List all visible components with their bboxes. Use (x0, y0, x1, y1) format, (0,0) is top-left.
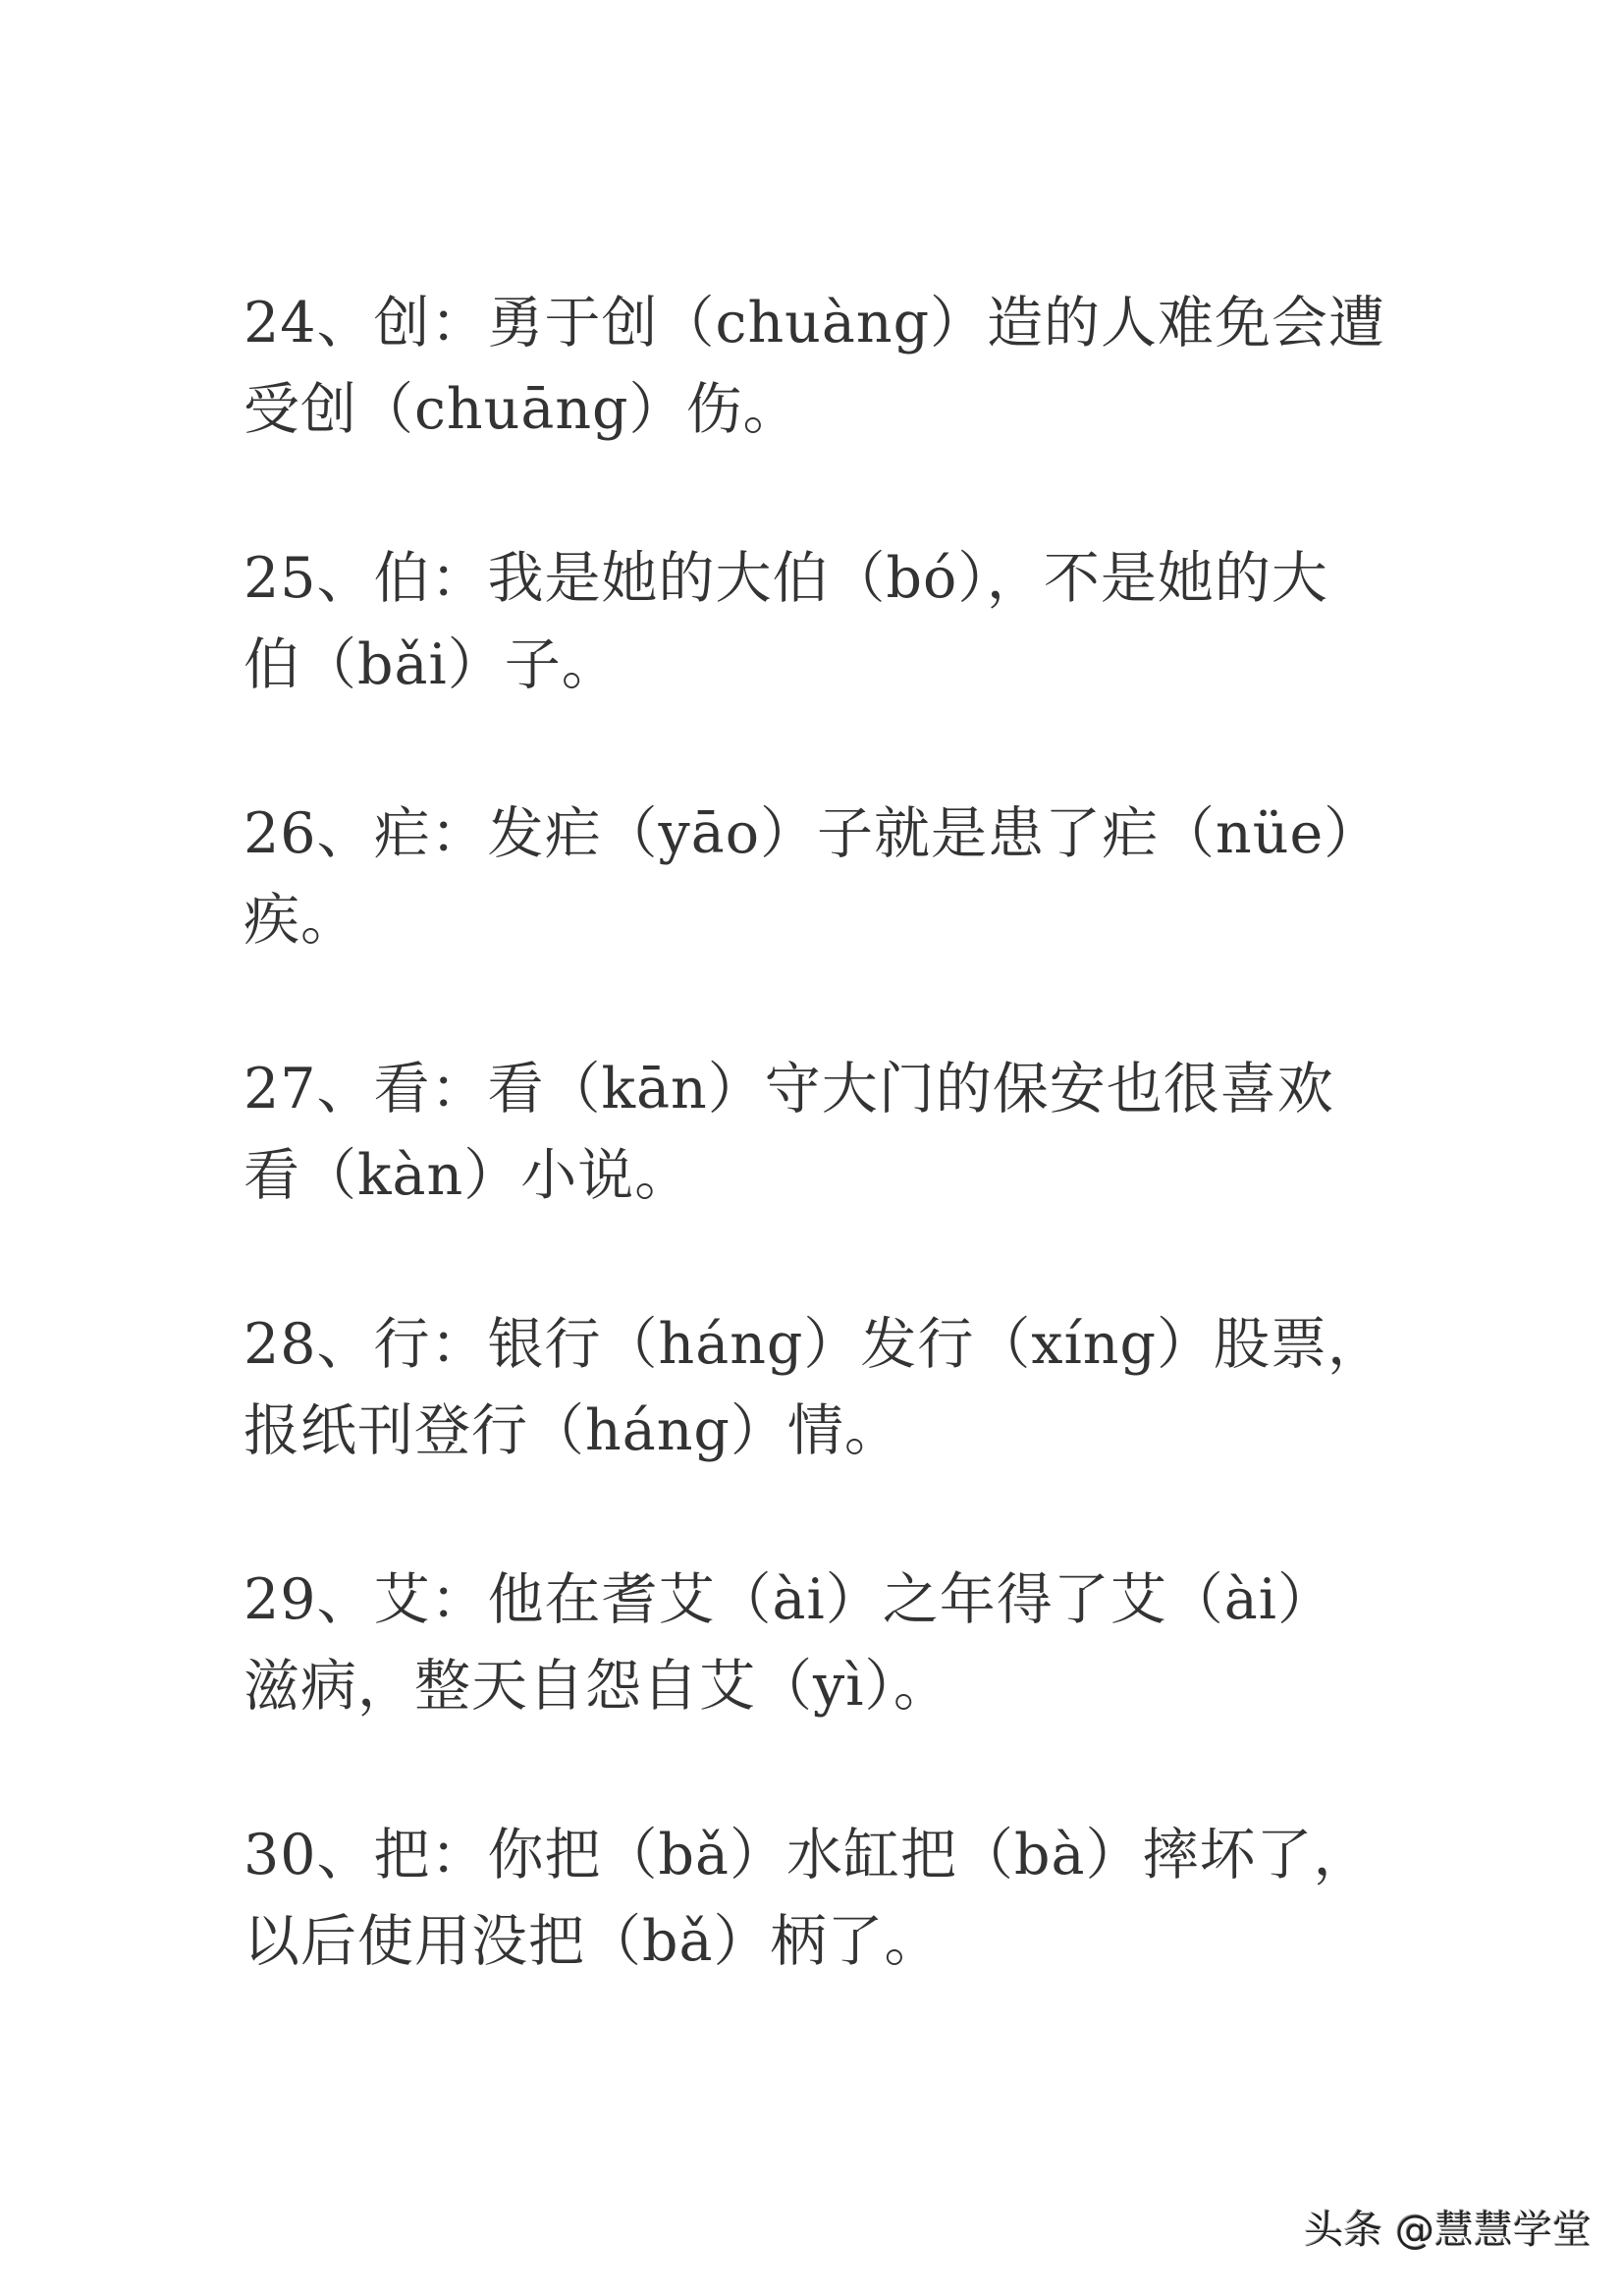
list-item-29: 29、艾：他在耆艾（ài）之年得了艾（ài） 滋病，整天自怨自艾（yì）。 (243, 1557, 1392, 1812)
item-line: 疾。 (243, 877, 1392, 963)
item-line: 28、行：银行（háng）发行（xíng）股票， (243, 1301, 1392, 1388)
list-item-24: 24、创：勇于创（chuàng）造的人难免会遭 受创（chuāng）伤。 (243, 280, 1392, 535)
document-body: 24、创：勇于创（chuàng）造的人难免会遭 受创（chuāng）伤。 25、… (243, 280, 1392, 2067)
item-line: 25、伯：我是她的大伯（bó），不是她的大 (243, 535, 1392, 622)
item-line: 伯（bǎi）子。 (243, 622, 1392, 708)
list-item-27: 27、看：看（kān）守大门的保安也很喜欢 看（kàn）小说。 (243, 1046, 1392, 1301)
item-line: 30、把：你把（bǎ）水缸把（bà）摔坏了， (243, 1812, 1392, 1898)
item-line: 27、看：看（kān）守大门的保安也很喜欢 (243, 1046, 1392, 1132)
watermark: 头条 @慧慧学堂 (1304, 2199, 1592, 2255)
list-item-26: 26、疟：发疟（yāo）子就是患了疟（nüe） 疾。 (243, 791, 1392, 1046)
list-item-30: 30、把：你把（bǎ）水缸把（bà）摔坏了， 以后使用没把（bǎ）柄了。 (243, 1812, 1392, 2067)
item-line: 报纸刊登行（háng）情。 (243, 1388, 1392, 1474)
item-line: 看（kàn）小说。 (243, 1132, 1392, 1219)
item-line: 24、创：勇于创（chuàng）造的人难免会遭 (243, 280, 1392, 366)
list-item-25: 25、伯：我是她的大伯（bó），不是她的大 伯（bǎi）子。 (243, 535, 1392, 791)
item-line: 受创（chuāng）伤。 (243, 366, 1392, 453)
item-line: 29、艾：他在耆艾（ài）之年得了艾（ài） (243, 1557, 1392, 1643)
item-line: 滋病，整天自怨自艾（yì）。 (243, 1643, 1392, 1729)
item-line: 26、疟：发疟（yāo）子就是患了疟（nüe） (243, 791, 1392, 877)
item-line: 以后使用没把（bǎ）柄了。 (243, 1898, 1392, 1985)
list-item-28: 28、行：银行（háng）发行（xíng）股票， 报纸刊登行（háng）情。 (243, 1301, 1392, 1557)
